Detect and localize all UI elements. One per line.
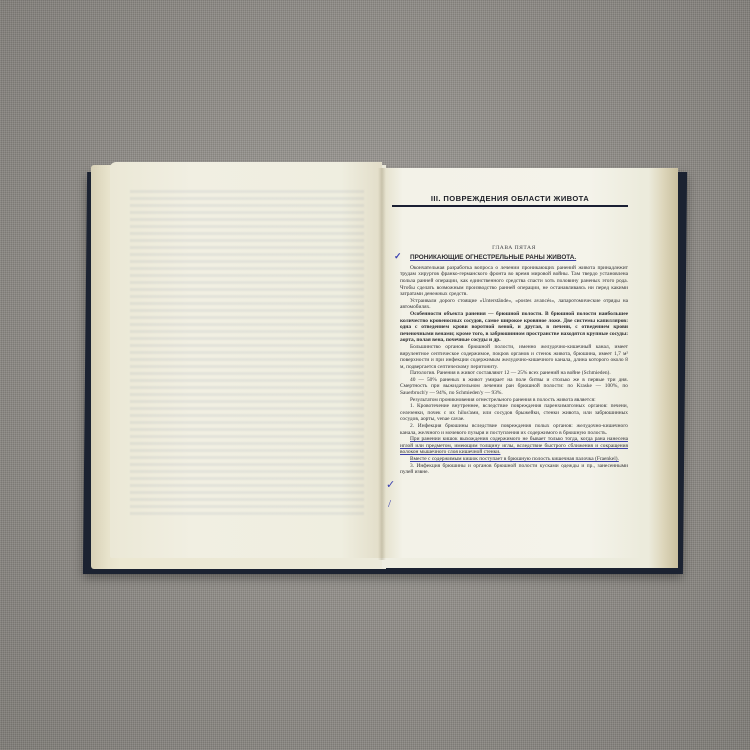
paragraph: 40 — 50% раненых в живот умирает на поле… <box>400 377 628 397</box>
pen-checkmark-icon: ✓ <box>386 478 395 491</box>
paragraph: 1. Кровотечение внутреннее, вследствие п… <box>400 403 628 423</box>
chapter-title: ✓ ПРОНИКАЮЩИЕ ОГНЕСТРЕЛЬНЫЕ РАНЫ ЖИВОТА. <box>400 255 628 262</box>
paragraph: Патология. Ранения в живот составляют 12… <box>400 370 628 377</box>
paragraph: Устраивали дорого стоящие «Unterstände»,… <box>400 298 628 311</box>
paragraph: Результатом проникновения огнестрельного… <box>400 397 628 404</box>
part-title: III. ПОВРЕЖДЕНИЯ ОБЛАСТИ ЖИВОТА <box>392 196 628 207</box>
page-content: III. ПОВРЕЖДЕНИЯ ОБЛАСТИ ЖИВОТА ГЛАВА ПЯ… <box>400 196 628 476</box>
chapter-label: ГЛАВА ПЯТАЯ <box>400 245 628 252</box>
paragraph: Большинство органов брюшной полости, име… <box>400 344 628 370</box>
paragraph-underlined: Вместе с содержимым кишок поступает в бр… <box>400 456 628 463</box>
pen-checkmark-icon: ✓ <box>394 253 402 260</box>
right-page: III. ПОВРЕЖДЕНИЯ ОБЛАСТИ ЖИВОТА ГЛАВА ПЯ… <box>382 168 642 558</box>
book-gutter <box>378 168 386 560</box>
paragraph: Особенности объекта ранения — брюшной по… <box>400 311 628 344</box>
paragraph: 3. Инфекция брюшины и органов брюшной по… <box>400 463 628 476</box>
chapter-title-text: ПРОНИКАЮЩИЕ ОГНЕСТРЕЛЬНЫЕ РАНЫ ЖИВОТА. <box>410 254 576 261</box>
paragraph: Окончательная разработка вопроса о лечен… <box>400 265 628 298</box>
paragraph-underlined: При ранении кишок выхождения содержимого… <box>400 436 628 456</box>
bleed-through-text <box>130 190 364 518</box>
left-page <box>110 162 382 558</box>
pen-tick-icon: / <box>388 498 391 510</box>
paragraph: 2. Инфекция брюшины вследствие поврежден… <box>400 423 628 436</box>
